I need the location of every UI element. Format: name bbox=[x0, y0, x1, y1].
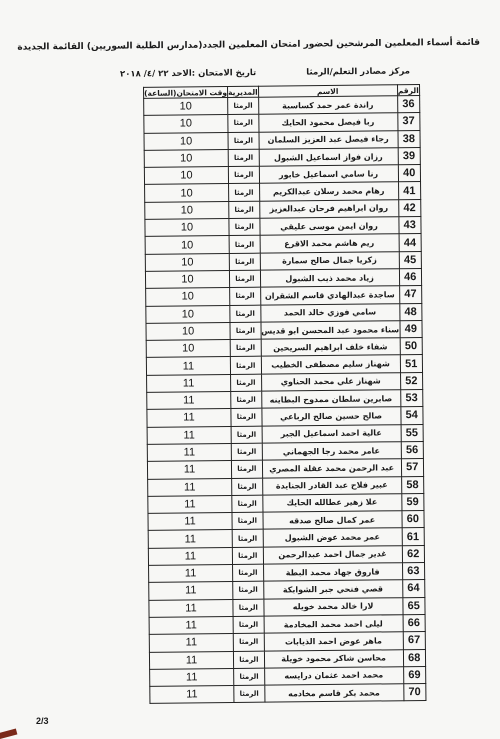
row-number: 67 bbox=[403, 632, 426, 650]
row-number: 59 bbox=[401, 493, 424, 511]
candidate-name: ماهر عوض احمد الذيابات bbox=[264, 632, 403, 651]
document-title: قائمة أسماء المعلمين المرشحين لحضور امتح… bbox=[60, 38, 480, 52]
row-number: 44 bbox=[399, 234, 422, 252]
candidate-name: رهام محمد رسلان عبدالكريم bbox=[259, 182, 398, 201]
directorate: الرمثا bbox=[230, 322, 261, 340]
row-number: 56 bbox=[401, 441, 424, 459]
exam-time: 11 bbox=[148, 478, 232, 496]
column-header-exam-time: وقت الامتحان(الساعة) bbox=[144, 87, 228, 99]
document-page: قائمة أسماء المعلمين المرشحين لحضور امتح… bbox=[0, 0, 500, 739]
candidate-name: فاروق جهاد محمد البطة bbox=[263, 563, 402, 582]
exam-time: 10 bbox=[145, 236, 229, 254]
directorate: الرمثا bbox=[233, 633, 264, 651]
row-number: 37 bbox=[397, 113, 420, 131]
row-number: 68 bbox=[403, 649, 426, 667]
candidate-name: صابرين سلطان ممدوح البطاينه bbox=[261, 390, 400, 409]
exam-time: 11 bbox=[149, 634, 233, 652]
exam-time: 11 bbox=[149, 599, 233, 617]
directorate: الرمثا bbox=[232, 530, 263, 548]
directorate: الرمثا bbox=[230, 287, 261, 305]
candidate-name: محاسن شاكر محمود خويلة bbox=[264, 649, 403, 668]
directorate: الرمثا bbox=[229, 253, 260, 271]
directorate: الرمثا bbox=[233, 599, 264, 617]
candidate-name: رنا سامي اسماعيل خابور bbox=[259, 165, 398, 184]
exam-time: 10 bbox=[144, 167, 228, 185]
row-number: 39 bbox=[398, 147, 421, 165]
row-number: 45 bbox=[399, 251, 422, 269]
table-row: 70محمد بكر قاسم مخادمهالرمثا11 bbox=[150, 684, 426, 704]
row-number: 57 bbox=[401, 459, 424, 477]
directorate: الرمثا bbox=[232, 478, 263, 496]
row-number: 65 bbox=[402, 597, 425, 615]
candidate-name: علا زهير عطالله الحايك bbox=[262, 494, 401, 513]
row-number: 48 bbox=[399, 303, 422, 321]
directorate: الرمثا bbox=[228, 132, 259, 150]
candidate-name: ساجدة عبدالهادي قاسم الشقران bbox=[260, 286, 399, 305]
row-number: 47 bbox=[399, 286, 422, 304]
directorate: الرمثا bbox=[230, 339, 261, 357]
directorate: الرمثا bbox=[231, 443, 262, 461]
candidate-name: روان ابراهيم فرحان عبدالعزيز bbox=[259, 200, 398, 219]
exam-time: 10 bbox=[146, 340, 230, 358]
exam-time: 11 bbox=[147, 461, 231, 479]
row-number: 60 bbox=[401, 511, 424, 529]
candidate-name: روان ايمن موسى عليقي bbox=[260, 217, 399, 236]
exam-date: تاريخ الامتحان :الاحد ٢٢ /٤/ ٢٠١٨ bbox=[120, 68, 256, 79]
candidate-name: غدير جمال احمد عبدالرحمن bbox=[263, 545, 402, 564]
exam-time: 10 bbox=[145, 270, 229, 288]
exam-time: 10 bbox=[146, 288, 230, 306]
directorate: الرمثا bbox=[229, 218, 260, 236]
row-number: 58 bbox=[401, 476, 424, 494]
exam-time: 10 bbox=[146, 305, 230, 323]
candidate-name: قصي فتحي جبر الشوابكة bbox=[263, 580, 402, 599]
directorate: الرمثا bbox=[231, 374, 262, 392]
exam-time: 11 bbox=[149, 565, 233, 583]
directorate: الرمثا bbox=[231, 426, 262, 444]
candidate-name: رزان فواز اسماعيل الشبول bbox=[259, 148, 398, 167]
directorate: الرمثا bbox=[234, 685, 265, 703]
exam-time: 11 bbox=[148, 530, 232, 548]
candidates-table: الرقم الاسم المديرية وقت الامتحان(الساعة… bbox=[143, 84, 426, 704]
row-number: 49 bbox=[399, 320, 422, 338]
row-number: 43 bbox=[398, 217, 421, 235]
directorate: الرمثا bbox=[228, 114, 259, 132]
directorate: الرمثا bbox=[233, 581, 264, 599]
row-number: 62 bbox=[402, 545, 425, 563]
row-number: 41 bbox=[398, 182, 421, 200]
candidate-name: زكريا جمال صالح سمارة bbox=[260, 251, 399, 270]
directorate: الرمثا bbox=[230, 305, 261, 323]
directorate: الرمثا bbox=[231, 391, 262, 409]
exam-time: 10 bbox=[145, 201, 229, 219]
directorate: الرمثا bbox=[231, 460, 262, 478]
row-number: 52 bbox=[400, 372, 423, 390]
candidate-name: شفاء خلف ابراهيم السريحين bbox=[261, 338, 400, 357]
directorate: الرمثا bbox=[233, 616, 264, 634]
candidate-name: عمر محمد عوض الشبول bbox=[263, 528, 402, 547]
candidate-name: راندة عمر حمد كساسبة bbox=[258, 96, 397, 115]
candidate-name: شهناز سليم مصطفى الخطيب bbox=[261, 355, 400, 374]
directorate: الرمثا bbox=[228, 149, 259, 167]
column-header-directorate: المديرية bbox=[228, 86, 259, 97]
row-number: 42 bbox=[398, 199, 421, 217]
candidate-name: محمد بكر قاسم مخادمه bbox=[264, 684, 403, 703]
directorate: الرمثا bbox=[229, 236, 260, 254]
directorate: الرمثا bbox=[230, 357, 261, 375]
row-number: 40 bbox=[398, 165, 421, 183]
exam-time: 10 bbox=[146, 322, 230, 340]
candidate-name: صالح حسين صالح الرباعي bbox=[262, 407, 401, 426]
candidate-name: ربا فيصل محمود الحايك bbox=[258, 113, 397, 132]
directorate: الرمثا bbox=[229, 184, 260, 202]
exam-time: 11 bbox=[147, 374, 231, 392]
exam-time: 11 bbox=[150, 668, 234, 686]
candidate-name: رجاء فيصل عبد العزيز السلمان bbox=[259, 130, 398, 149]
exam-time: 10 bbox=[144, 149, 228, 167]
candidate-name: شهناز علي محمد الحناوي bbox=[261, 372, 400, 391]
exam-time: 11 bbox=[147, 409, 231, 427]
page-number: 2/3 bbox=[36, 716, 49, 726]
candidate-name: زياد محمد ذيب الشبول bbox=[260, 269, 399, 288]
directorate: الرمثا bbox=[232, 547, 263, 565]
candidate-name: عبد الرحمن محمد عقلة المصري bbox=[262, 459, 401, 478]
row-number: 53 bbox=[400, 390, 423, 408]
candidate-name: ليلى احمد محمد المخادمة bbox=[264, 615, 403, 634]
directorate: الرمثا bbox=[229, 270, 260, 288]
row-number: 55 bbox=[401, 424, 424, 442]
directorate: الرمثا bbox=[233, 564, 264, 582]
exam-time: 11 bbox=[149, 651, 233, 669]
candidate-name: لارا خالد محمد خويله bbox=[264, 597, 403, 616]
row-number: 70 bbox=[403, 684, 426, 702]
directorate: الرمثا bbox=[233, 651, 264, 669]
candidate-name: سامي فوزي خالد الحمد bbox=[260, 303, 399, 322]
candidate-name: ريم هاشم محمد الاقرع bbox=[260, 234, 399, 253]
row-number: 69 bbox=[403, 666, 426, 684]
row-number: 63 bbox=[402, 562, 425, 580]
exam-time: 11 bbox=[148, 513, 232, 531]
directorate: الرمثا bbox=[228, 166, 259, 184]
document-subheader: مركز مصادر التعلم/الرمثا تاريخ الامتحان … bbox=[120, 66, 410, 79]
directorate: الرمثا bbox=[234, 668, 265, 686]
candidate-name: سناء محمود عبد المحسن ابو قديس bbox=[261, 321, 400, 340]
exam-time: 10 bbox=[145, 253, 229, 271]
directorate: الرمثا bbox=[229, 201, 260, 219]
row-number: 46 bbox=[399, 268, 422, 286]
row-number: 38 bbox=[397, 130, 420, 148]
candidate-name: محمد احمد عثمان درايسه bbox=[264, 667, 403, 686]
directorate: الرمثا bbox=[232, 512, 263, 530]
exam-time: 11 bbox=[148, 495, 232, 513]
row-number: 54 bbox=[400, 407, 423, 425]
directorate: الرمثا bbox=[231, 409, 262, 427]
exam-time: 11 bbox=[150, 686, 234, 704]
exam-time: 11 bbox=[146, 357, 230, 375]
directorate: الرمثا bbox=[228, 97, 259, 115]
exam-time: 10 bbox=[144, 98, 228, 116]
exam-time: 11 bbox=[149, 616, 233, 634]
exam-time: 11 bbox=[147, 443, 231, 461]
exam-time: 11 bbox=[147, 426, 231, 444]
exam-time: 10 bbox=[144, 132, 228, 150]
candidate-name: عامر محمد رجا الجهماني bbox=[262, 442, 401, 461]
exam-time: 11 bbox=[149, 582, 233, 600]
exam-time: 10 bbox=[145, 219, 229, 237]
row-number: 64 bbox=[402, 580, 425, 598]
row-number: 36 bbox=[397, 96, 420, 114]
candidate-name: عبير فلاح عبد القادر الجنايدة bbox=[262, 476, 401, 495]
row-number: 66 bbox=[403, 614, 426, 632]
exam-time: 11 bbox=[148, 547, 232, 565]
row-number: 61 bbox=[402, 528, 425, 546]
page-edge-decoration bbox=[0, 729, 17, 739]
directorate: الرمثا bbox=[232, 495, 263, 513]
row-number: 51 bbox=[400, 355, 423, 373]
exam-time: 11 bbox=[147, 392, 231, 410]
exam-time: 10 bbox=[144, 115, 228, 133]
row-number: 50 bbox=[400, 338, 423, 356]
candidate-name: عمر كمال صالح صدقه bbox=[263, 511, 402, 530]
candidate-name: عالية احمد اسماعيل الجبر bbox=[262, 424, 401, 443]
column-header-number: الرقم bbox=[397, 85, 420, 96]
exam-time: 10 bbox=[145, 184, 229, 202]
exam-center: مركز مصادر التعلم/الرمثا bbox=[306, 66, 410, 77]
